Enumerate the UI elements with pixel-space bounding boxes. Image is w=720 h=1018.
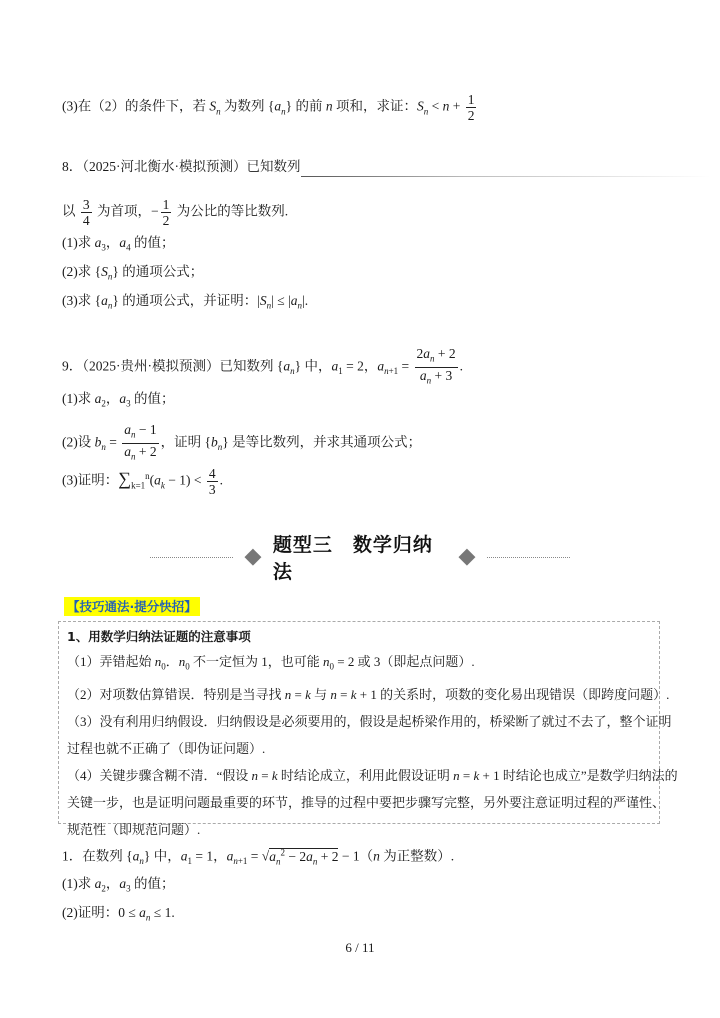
q9-part2: (2)设 bn = an − 1an + 2，证明 {bn} 是等比数列，并求其… xyxy=(62,422,421,464)
q9-stem: 9．（2025·贵州·模拟预测）已知数列 {an} 中，a1 = 2，an+1 … xyxy=(62,346,463,388)
tip-item-1: （1）弄错起始 n0．n0 不一定恒为 1，也可能 n0 = 2 或 3（即起点… xyxy=(67,648,651,681)
q8-stem-cont: 以 34 为首项，−12 为公比的等比数列. xyxy=(62,197,288,228)
ex1-stem: 1．在数列 {an} 中，a1 = 1，an+1 = √an2 − 2an + … xyxy=(62,842,454,871)
q9-part1: (1)求 a2，a3 的值； xyxy=(62,389,175,414)
q8-stem: 8．（2025·河北衡水·模拟预测）已知数列 xyxy=(62,157,711,177)
tip-item-2: （2）对项数估算错误．特别是当寻找 n = k 与 n = k + 1 的关系时… xyxy=(67,681,651,708)
q8-part2: (2)求 {Sn} 的通项公式； xyxy=(62,262,203,287)
diamond-icon xyxy=(459,549,476,566)
dotted-rule-right xyxy=(487,557,570,558)
diamond-icon xyxy=(245,549,262,566)
ex1-part2: (2)证明：0 ≤ an ≤ 1. xyxy=(62,903,175,928)
tips-heading: 1、用数学归纳法证题的注意事项 xyxy=(67,626,651,648)
q8-part3: (3)求 {an} 的通项公式，并证明：|Sn| ≤ |an|. xyxy=(62,291,308,316)
section-title: 题型三 数学归纳法 xyxy=(273,530,447,584)
ex1-part1: (1)求 a2，a3 的值； xyxy=(62,874,175,899)
page-number: 6 / 11 xyxy=(0,940,720,956)
tips-label: 【技巧通法·提分快招】 xyxy=(64,597,200,616)
dotted-rule-left xyxy=(150,557,233,558)
q8-part1: (1)求 a3，a4 的值； xyxy=(62,233,175,258)
tips-box: 1、用数学归纳法证题的注意事项 （1）弄错起始 n0．n0 不一定恒为 1，也可… xyxy=(58,621,660,824)
prev-question-part3: (3)在（2）的条件下，若 Sn 为数列 {an} 的前 n 项和，求证：Sn … xyxy=(62,92,478,123)
q9-part3: (3)证明：∑k=1n(ak − 1) < 43. xyxy=(62,466,223,497)
section-heading: 题型三 数学归纳法 xyxy=(150,542,570,572)
answer-blank xyxy=(301,176,711,177)
tip-item-4: （4）关键步骤含糊不清．“假设 n = k 时结论成立，利用此假设证明 n = … xyxy=(67,762,651,843)
tip-item-3: （3）没有利用归纳假设．归纳假设是必须要用的，假设是起桥梁作用的，桥梁断了就过不… xyxy=(67,708,651,762)
